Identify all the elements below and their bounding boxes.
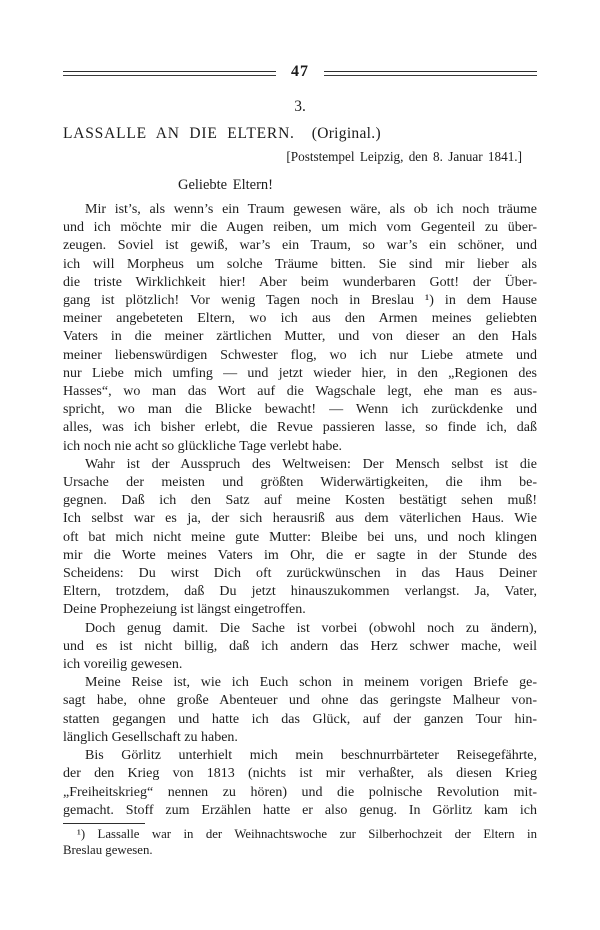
body-text-line: „Freiheitskrieg“ nennen zu hören) und di… bbox=[63, 784, 537, 802]
body-text-line: gegnen. Daß ich den Satz auf meine Koste… bbox=[63, 492, 537, 510]
body-text-line: meiner angebeteten Eltern, wo ich aus de… bbox=[63, 310, 537, 328]
footnote-line: ¹) Lassalle war in der Weihnachtswoche z… bbox=[63, 826, 537, 842]
body-text-line: und es ist nicht billig, daß ich andern … bbox=[63, 638, 537, 656]
header-rule-left bbox=[63, 71, 276, 76]
body-text-line: Eltern, trotzdem, daß Du jetzt hinauszuk… bbox=[63, 583, 537, 601]
body-text-line: spricht, wo man die Blicke bewacht! — We… bbox=[63, 401, 537, 419]
body-text-line: ich will Morpheus um solche Träume bitte… bbox=[63, 256, 537, 274]
letter-body: Mir ist’s, als wenn’s ein Traum gewesen … bbox=[63, 201, 537, 820]
salutation: Geliebte Eltern! bbox=[63, 177, 537, 194]
body-text-line: die triste Wirklichkeit hier! Aber beim … bbox=[63, 274, 537, 292]
body-text-line: zeugen. Soviel ist gewiß, war’s ein Trau… bbox=[63, 237, 537, 255]
body-text-line: Hasses“, wo man das Wort auf die Wagscha… bbox=[63, 383, 537, 401]
footnote-separator-rule bbox=[63, 823, 145, 824]
body-text-line: mir die Worte meines Vaters im Ohr, die … bbox=[63, 547, 537, 565]
footnote-line: Breslau gewesen. bbox=[63, 842, 537, 858]
letter-title-suffix: (Original.) bbox=[312, 125, 381, 142]
body-text-line: gang ist plötzlich! Vor wenig Tagen noch… bbox=[63, 292, 537, 310]
body-text-line: Doch genug damit. Die Sache ist vorbei (… bbox=[63, 620, 537, 638]
letter-title-line: LASSALLE AN DIE ELTERN.(Original.) bbox=[63, 124, 537, 143]
body-text-line: Mir ist’s, als wenn’s ein Traum gewesen … bbox=[63, 201, 537, 219]
body-text-line: nur Liebe mich umfing — und jetzt wieder… bbox=[63, 365, 537, 383]
body-text-line: alles, was ich bisher erlebt, die Revue … bbox=[63, 419, 537, 437]
section-number: 3. bbox=[0, 98, 600, 116]
body-text-line: Deine Prophezeiung ist längst eingetroff… bbox=[63, 601, 537, 619]
body-text-line: Scheidens: Du wirst Dich oft zurückwünsc… bbox=[63, 565, 537, 583]
body-text-line: statten gegangen und hatte ich das Glück… bbox=[63, 711, 537, 729]
page-header: 47 bbox=[63, 64, 537, 82]
body-text-line: länglich Gesellschaft zu haben. bbox=[63, 729, 537, 747]
body-text-line: sagt habe, ohne große Abenteuer und ohne… bbox=[63, 692, 537, 710]
scanned-book-page: 47 3. LASSALLE AN DIE ELTERN.(Original.)… bbox=[0, 0, 600, 930]
body-text-line: gemacht. Stoff zum Erzählen hatte er als… bbox=[63, 802, 537, 820]
body-text-line: oft bat mich nicht meine gute Mutter: Bl… bbox=[63, 529, 537, 547]
page-number: 47 bbox=[291, 63, 309, 81]
body-text-line: meiner liebenswürdigen Schwester flog, w… bbox=[63, 347, 537, 365]
header-rule-right bbox=[324, 71, 537, 76]
body-text-line: Meine Reise ist, wie ich Euch schon in m… bbox=[63, 674, 537, 692]
footnote: ¹) Lassalle war in der Weihnachtswoche z… bbox=[63, 826, 537, 858]
body-text-line: Bis Görlitz unterhielt mich mein beschnu… bbox=[63, 747, 537, 765]
body-text-line: Ursache der meisten und größten Widerwär… bbox=[63, 474, 537, 492]
letter-title: LASSALLE AN DIE ELTERN. bbox=[63, 125, 295, 142]
body-text-line: und ich möchte mir die Augen reiben, um … bbox=[63, 219, 537, 237]
body-text-line: Vaters in die meiner zärtlichen Mutter, … bbox=[63, 328, 537, 346]
body-text-line: Wahr ist der Ausspruch des Weltweisen: D… bbox=[63, 456, 537, 474]
body-text-line: der den Krieg von 1813 (nichts ist mir v… bbox=[63, 765, 537, 783]
body-text-line: ich voreilig gewesen. bbox=[63, 656, 537, 674]
body-text-line: ich noch nie acht so glückliche Tage ver… bbox=[63, 438, 537, 456]
postmark-line: [Poststempel Leipzig, den 8. Januar 1841… bbox=[63, 149, 537, 165]
body-text-line: Ich selbst war es ja, der sich herausriß… bbox=[63, 510, 537, 528]
